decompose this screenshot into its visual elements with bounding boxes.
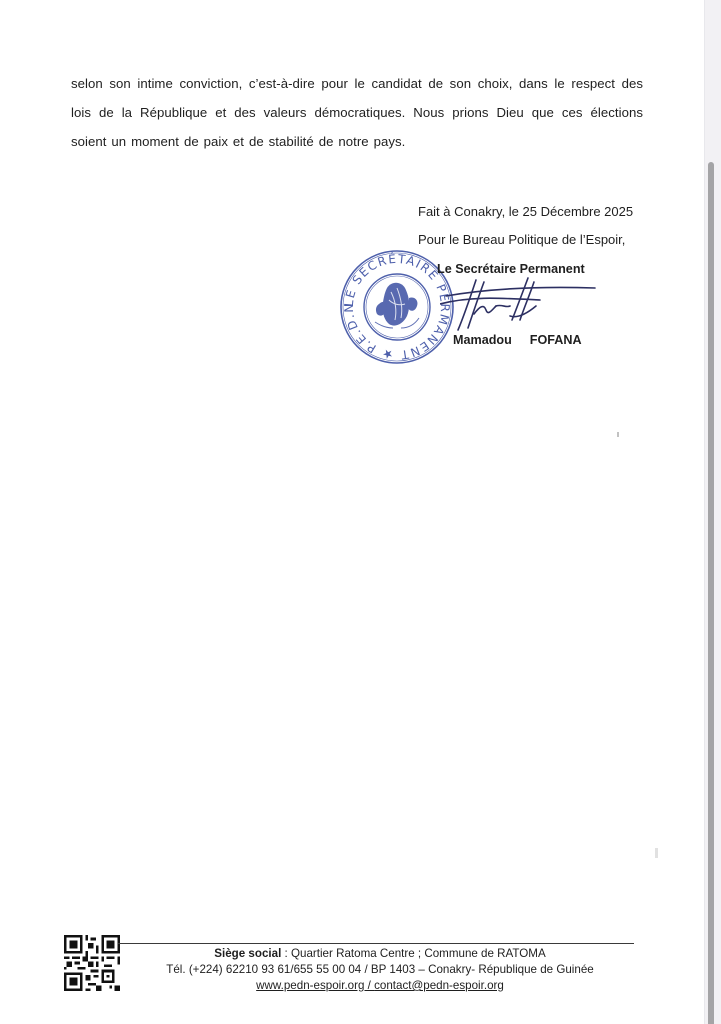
headquarters-address: : Quartier Ratoma Centre ; Commune de RA… (281, 947, 545, 960)
qr-code-icon (64, 935, 120, 991)
body-line: selon son intime conviction, c’est-à-dir… (71, 69, 643, 98)
scan-artifact (655, 848, 658, 858)
signatory-name: MamadouFOFANA (453, 333, 582, 347)
place-date: Fait à Conakry, le 25 Décembre 2025 (418, 204, 633, 219)
web-line: www.pedn-espoir.org / contact@pedn-espoi… (120, 978, 640, 994)
scan-artifact (617, 432, 619, 437)
body-line: lois de la République et des valeurs dém… (71, 98, 643, 127)
body-line: soient un moment de paix et de stabilité… (71, 127, 643, 156)
contact-line: Tél. (+224) 62210 93 61/655 55 00 04 / B… (120, 962, 640, 978)
vertical-scrollbar-thumb[interactable] (708, 162, 714, 1024)
signatory-first-name: Mamadou (453, 333, 512, 347)
headquarters-line: Siège social : Quartier Ratoma Centre ; … (120, 946, 640, 962)
headquarters-label: Siège social (214, 947, 281, 960)
website-link[interactable]: www.pedn-espoir.org (256, 979, 364, 992)
body-paragraph: selon son intime conviction, c’est-à-dir… (71, 69, 643, 156)
letterhead-footer: Siège social : Quartier Ratoma Centre ; … (120, 946, 640, 994)
document-page: selon son intime conviction, c’est-à-dir… (0, 0, 704, 1024)
footer-divider (118, 943, 634, 944)
link-separator: / (364, 979, 374, 992)
signatory-title: Le Secrétaire Permanent (437, 262, 585, 276)
handwritten-signature-icon (440, 276, 600, 334)
signatory-last-name: FOFANA (530, 333, 582, 347)
email-link[interactable]: contact@pedn-espoir.org (374, 979, 504, 992)
on-behalf-line: Pour le Bureau Politique de l’Espoir, (418, 232, 625, 247)
